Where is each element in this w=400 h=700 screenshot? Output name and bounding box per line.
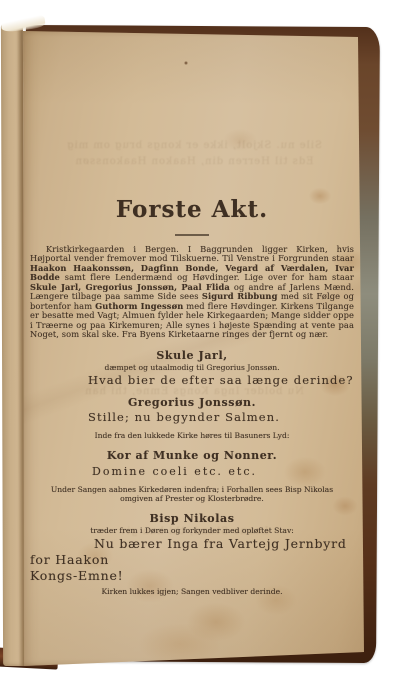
speaker-chorus: Kor af Munke og Nonner. (30, 449, 354, 462)
show-through-text: Eds til Herren din, Haakon Haakonssøn (20, 156, 368, 167)
proclamation-line-2: Kongs-Emne! (30, 568, 354, 584)
gregorius-line: Stille; nu begynder Salmen. (30, 410, 354, 424)
chorus-latin-line: Domine coeli etc. etc. (92, 465, 354, 478)
closing-stage-direction: Kirken lukkes igjen; Sangen vedbliver de… (40, 587, 344, 596)
act-heading: Forste Akt. (30, 196, 354, 223)
bisp-proclamation: Nu bærer Inga fra Vartejg Jernbyrd for H… (30, 536, 354, 585)
skule-stage-direction: dæmpet og utaalmodig til Gregorius Jonss… (30, 363, 354, 372)
door-stage-direction: Under Sangen aabnes Kirkedøren indenfra;… (40, 485, 344, 503)
photo-background: Sile nu. Skjolt, ikke er kongs brug om m… (0, 0, 400, 700)
speaker-bisp-nikolas: Bisp Nikolas (30, 512, 354, 525)
speaker-gregorius: Gregorius Jonssøn. (30, 396, 354, 409)
basun-stage-direction: Inde fra den lukkede Kirke høres til Bas… (40, 431, 344, 440)
skule-line: Hvad bier de efter saa længe derinde? (30, 373, 354, 387)
show-through-text: Sile nu. Skjolt, ikke er kongs brug om m… (20, 140, 368, 151)
printed-text-column: Forste Akt. Kristkirkegaarden i Bergen. … (30, 196, 354, 596)
spine-page-edges (1, 24, 25, 666)
proclamation-line-1: Nu bærer Inga fra Vartejg Jernbyrd for H… (30, 536, 354, 569)
book-page: Sile nu. Skjolt, ikke er kongs brug om m… (20, 28, 368, 668)
opening-stage-direction: Kristkirkegaarden i Bergen. I Baggrunden… (30, 245, 354, 340)
speaker-skule-jarl: Skule Jarl, (30, 349, 354, 362)
heading-rule (175, 234, 209, 236)
bisp-stage-direction: træder frem i Døren og forkynder med opl… (30, 526, 354, 535)
